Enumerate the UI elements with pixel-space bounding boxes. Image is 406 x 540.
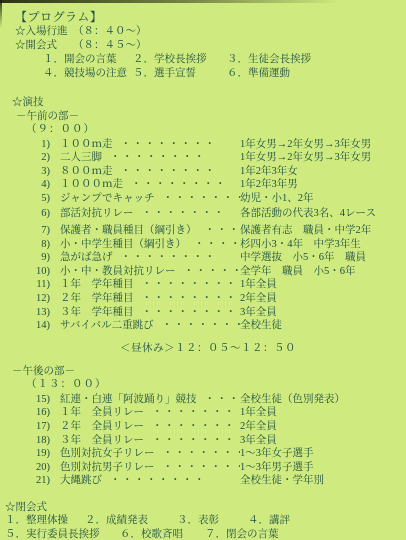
opening-item: ３．生徒会長挨拶 bbox=[227, 53, 311, 67]
event-participants: 1年女男→2年女男→3年女男 bbox=[240, 138, 406, 152]
event-row: 13) ３年 学年種目 ・・・・・・・・ 3年全員 bbox=[0, 306, 406, 320]
event-row: 21) 大縄跳び ・・・・・・・・ 全校生徒・学年別 bbox=[0, 474, 406, 488]
closing-items-row2: ５．実行委員長挨拶 ６．校歌斉唱 ７．閉会の言葉 bbox=[5, 528, 406, 540]
event-name: 色別対抗女子リレー bbox=[60, 447, 155, 461]
event-row: 18) ３年 全員リレー ・・・・・・・・ 3年全員 bbox=[0, 434, 406, 448]
dots-leader: ・・・・・・・ bbox=[155, 461, 241, 475]
event-number: 17) bbox=[0, 420, 50, 434]
event-participants: 全校生徒（色別発表） bbox=[240, 393, 406, 407]
event-row: 16) １年 全員リレー ・・・・・・・・ 1年全員 bbox=[0, 406, 406, 420]
event-row: 19) 色別対抗女子リレー ・・・・・・・ 1～3年女子選手 bbox=[0, 447, 406, 461]
event-number: 8) bbox=[0, 238, 50, 252]
event-row: 4) １０００ｍ走 ・・・・・・・・ 1年2年3年男 bbox=[0, 178, 406, 192]
event-participants: 杉四小3・4年 中学3年生 bbox=[240, 238, 406, 252]
event-number: 11) bbox=[0, 278, 50, 292]
dots-leader: ・・・・ bbox=[197, 224, 241, 238]
event-name: １年 学年種目 bbox=[60, 278, 134, 292]
dots-leader: ・・・・・・・・ bbox=[113, 138, 241, 152]
opening-ceremony-time: （８：４５～） bbox=[73, 40, 147, 51]
event-participants: 1年2年3年男 bbox=[240, 178, 406, 192]
event-row: 11) １年 学年種目 ・・・・・・・・ 1年全員 bbox=[0, 278, 406, 292]
opening-item: ２．学校長挨拶 bbox=[133, 53, 227, 67]
event-row: 6) 部活対抗リレー ・・・・・・・ 各部活動の代表3名、4レース bbox=[0, 207, 406, 221]
event-number: 10) bbox=[0, 265, 50, 279]
event-number: 1) bbox=[0, 138, 50, 152]
afternoon-start-time: （１３：００） bbox=[0, 378, 406, 392]
entrance-march-label: ☆入場行進 bbox=[15, 25, 73, 39]
closing-item: ７．閉会の言葉 bbox=[205, 528, 279, 540]
event-row: 7) 保護者・職員種目（綱引き） ・・・・ 保護者有志 職員・中学2年 bbox=[0, 224, 406, 238]
event-number: 5) bbox=[0, 192, 50, 206]
morning-part-label: －午前の部－ bbox=[0, 110, 406, 124]
event-number: 14) bbox=[0, 319, 50, 333]
event-row: 2) 二人三脚 ・・・・・・・・ 1年女男→2年女男→3年女男 bbox=[0, 151, 406, 165]
opening-items-row2: ４．競技場の注意 ５．選手宣誓 ６．準備運動 bbox=[43, 67, 406, 81]
event-participants: 3年全員 bbox=[240, 306, 406, 320]
opening-item: ５．選手宣誓 bbox=[133, 67, 227, 81]
opening-items: １．開会の言葉 ２．学校長挨拶 ３．生徒会長挨拶 ４．競技場の注意 ５．選手宣誓… bbox=[15, 53, 406, 81]
closing-item: ６．校歌斉唱 bbox=[120, 528, 205, 540]
afternoon-part-label: －午後の部－ bbox=[0, 365, 406, 379]
event-participants: 2年全員 bbox=[240, 292, 406, 306]
event-name: 部活対抗リレー bbox=[60, 207, 134, 221]
event-participants: 3年全員 bbox=[240, 434, 406, 448]
event-participants: 幼児・小1、2年 bbox=[240, 192, 406, 206]
event-name: ３年 全員リレー bbox=[60, 434, 144, 448]
event-name: 大縄跳び bbox=[60, 474, 102, 488]
dots-leader: ・・・・・・・ bbox=[155, 192, 240, 206]
event-number: 3) bbox=[0, 165, 50, 179]
header-section: 【プログラム】 ☆入場行進（８：４０～） ☆開会式（８：４５～） １．開会の言葉… bbox=[0, 10, 406, 81]
dots-leader: ・・・・ bbox=[186, 238, 240, 252]
scan-edge-left bbox=[0, 0, 2, 28]
event-row: 1) １００ｍ走 ・・・・・・・・ 1年女男→2年女男→3年女男 bbox=[0, 138, 406, 152]
dots-leader: ・・・・・・・・ bbox=[102, 474, 240, 488]
closing-item: ２．成績発表 bbox=[85, 514, 177, 528]
event-name: 色別対抗男子リレー bbox=[60, 461, 155, 475]
morning-events-list: 1) １００ｍ走 ・・・・・・・・ 1年女男→2年女男→3年女男 2) 二人三脚… bbox=[0, 138, 406, 333]
event-participants: 全校生徒・学年別 bbox=[240, 474, 406, 488]
dots-leader: ・・・・ bbox=[197, 393, 241, 407]
event-number: 6) bbox=[0, 207, 50, 221]
event-name: ２年 学年種目 bbox=[60, 292, 134, 306]
opening-item: ６．準備運動 bbox=[227, 67, 290, 81]
dots-leader: ・・・・・・・ bbox=[154, 319, 240, 333]
event-row: 17) ２年 全員リレー ・・・・・・・・ 2年全員 bbox=[0, 420, 406, 434]
event-participants: 各部活動の代表3名、4レース bbox=[240, 207, 406, 221]
closing-heading: ☆閉会式 bbox=[5, 501, 406, 515]
event-name: １００ｍ走 bbox=[60, 138, 113, 152]
page-title: 【プログラム】 bbox=[15, 10, 406, 25]
event-participants: 1年全員 bbox=[240, 278, 406, 292]
dots-leader: ・・・・・・・・ bbox=[144, 420, 240, 434]
performance-heading: ☆演技 bbox=[0, 96, 406, 110]
closing-item: ３．表彰 bbox=[177, 514, 248, 528]
event-row: 5) ジャンプでキャッチ ・・・・・・・ 幼児・小1、2年 bbox=[0, 192, 406, 206]
event-row: 20) 色別対抗男子リレー ・・・・・・・ 1～3年男子選手 bbox=[0, 461, 406, 475]
dots-leader: ・・・・・・・ bbox=[134, 207, 241, 221]
event-row: 15) 紅連・白連「阿波踊り」競技 ・・・・ 全校生徒（色別発表） bbox=[0, 393, 406, 407]
closing-item: １．整理体操 bbox=[5, 514, 85, 528]
dots-leader: ・・・・・・・・ bbox=[123, 178, 240, 192]
event-name: ２年 全員リレー bbox=[60, 420, 144, 434]
opening-ceremony-line: ☆開会式（８：４５～） bbox=[15, 39, 406, 53]
event-name: 保護者・職員種目（綱引き） bbox=[60, 224, 197, 238]
opening-item: ４．競技場の注意 bbox=[43, 67, 133, 81]
dots-leader: ・・・・・ bbox=[176, 265, 241, 279]
closing-section: ☆閉会式 １．整理体操 ２．成績発表 ３．表彰 ４．講評 ５．実行委員長挨拶 ６… bbox=[0, 501, 406, 540]
entrance-march-time: （８：４０～） bbox=[73, 26, 147, 37]
opening-ceremony-label: ☆開会式 bbox=[15, 39, 73, 53]
event-row: 12) ２年 学年種目 ・・・・・・・・ 2年全員 bbox=[0, 292, 406, 306]
event-participants: 1年2年3年女 bbox=[240, 165, 406, 179]
event-participants: 1年全員 bbox=[240, 406, 406, 420]
program-document: 【プログラム】 ☆入場行進（８：４０～） ☆開会式（８：４５～） １．開会の言葉… bbox=[0, 0, 406, 540]
event-name: 小・中学生種目（綱引き） bbox=[60, 238, 186, 252]
event-number: 12) bbox=[0, 292, 50, 306]
dots-leader: ・・・・・・・ bbox=[155, 447, 241, 461]
dots-leader: ・・・・・・・・ bbox=[144, 406, 240, 420]
scan-edge-top bbox=[0, 0, 340, 3]
afternoon-events-list: 15) 紅連・白連「阿波踊り」競技 ・・・・ 全校生徒（色別発表） 16) １年… bbox=[0, 393, 406, 488]
event-participants: 中学選抜 小5・6年 職員 bbox=[240, 251, 406, 265]
event-participants: 2年全員 bbox=[240, 420, 406, 434]
event-name: ジャンプでキャッチ bbox=[60, 192, 155, 206]
closing-item: ４．講評 bbox=[248, 514, 290, 528]
event-participants: 1年女男→2年女男→3年女男 bbox=[240, 151, 406, 165]
closing-item: ５．実行委員長挨拶 bbox=[5, 528, 120, 540]
event-row: 8) 小・中学生種目（綱引き） ・・・・ 杉四小3・4年 中学3年生 bbox=[0, 238, 406, 252]
event-number: 20) bbox=[0, 461, 50, 475]
event-participants: 全校生徒 bbox=[240, 319, 406, 333]
event-participants: 1～3年女子選手 bbox=[240, 447, 406, 461]
event-number: 9) bbox=[0, 251, 50, 265]
lunch-break-line: ＜昼休み＞１２：０５～１２：５０ bbox=[0, 342, 406, 356]
event-name: 小・中・教員対抗リレー bbox=[60, 265, 176, 279]
dots-leader: ・・・・・・・・ bbox=[102, 151, 240, 165]
dots-leader: ・・・・・・・・ bbox=[144, 434, 240, 448]
event-name: 二人三脚 bbox=[60, 151, 102, 165]
event-row: 9) 急がば急げ ・・・・・・・・ 中学選抜 小5・6年 職員 bbox=[0, 251, 406, 265]
event-row: 3) ８００ｍ走 ・・・・・・・・ 1年2年3年女 bbox=[0, 165, 406, 179]
event-number: 7) bbox=[0, 224, 50, 238]
event-number: 4) bbox=[0, 178, 50, 192]
event-participants: 1～3年男子選手 bbox=[240, 461, 406, 475]
event-number: 16) bbox=[0, 406, 50, 420]
event-number: 2) bbox=[0, 151, 50, 165]
entrance-march-line: ☆入場行進（８：４０～） bbox=[15, 25, 406, 39]
dots-leader: ・・・・・・・・ bbox=[134, 278, 241, 292]
event-name: １０００ｍ走 bbox=[60, 178, 123, 192]
dots-leader: ・・・・・・・・ bbox=[113, 251, 241, 265]
dots-leader: ・・・・・・・・ bbox=[134, 292, 241, 306]
event-name: 紅連・白連「阿波踊り」競技 bbox=[60, 393, 197, 407]
event-name: １年 全員リレー bbox=[60, 406, 144, 420]
opening-item: １．開会の言葉 bbox=[43, 53, 133, 67]
opening-items-row1: １．開会の言葉 ２．学校長挨拶 ３．生徒会長挨拶 bbox=[43, 53, 406, 67]
dots-leader: ・・・・・・・・ bbox=[113, 165, 241, 179]
event-participants: 全学年 職員 小5・6年 bbox=[240, 265, 406, 279]
closing-items-row1: １．整理体操 ２．成績発表 ３．表彰 ４．講評 bbox=[5, 514, 406, 528]
event-number: 18) bbox=[0, 434, 50, 448]
event-participants: 保護者有志 職員・中学2年 bbox=[240, 224, 406, 238]
event-row: 10) 小・中・教員対抗リレー ・・・・・ 全学年 職員 小5・6年 bbox=[0, 265, 406, 279]
event-name: 急がば急げ bbox=[60, 251, 113, 265]
dots-leader: ・・・・・・・・ bbox=[134, 306, 241, 320]
morning-start-time: （９：００） bbox=[0, 123, 406, 137]
event-number: 15) bbox=[0, 393, 50, 407]
event-number: 19) bbox=[0, 447, 50, 461]
event-name: ３年 学年種目 bbox=[60, 306, 134, 320]
event-name: サバイバル二重跳び bbox=[60, 319, 154, 333]
event-number: 21) bbox=[0, 474, 50, 488]
event-number: 13) bbox=[0, 306, 50, 320]
event-row: 14) サバイバル二重跳び ・・・・・・・ 全校生徒 bbox=[0, 319, 406, 333]
event-name: ８００ｍ走 bbox=[60, 165, 113, 179]
